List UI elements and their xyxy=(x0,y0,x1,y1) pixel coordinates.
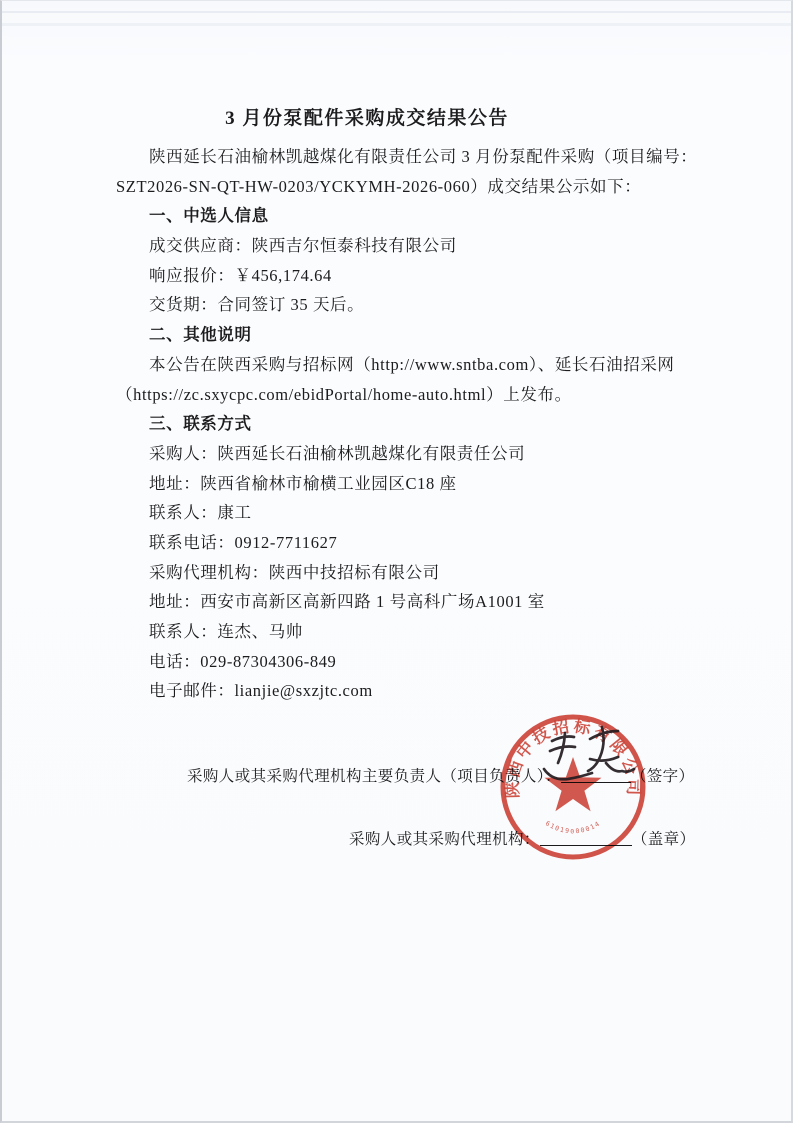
doc-line: SZT2026-SN-QT-HW-0203/YCKYMH-2026-060）成交… xyxy=(116,172,682,202)
doc-line: 地址：西安市高新区高新四路 1 号高科广场A1001 室 xyxy=(116,587,682,617)
scan-streak xyxy=(2,11,791,13)
document-title: 3 月份泵配件采购成交结果公告 xyxy=(2,103,732,130)
doc-line: （https://zc.sxycpc.com/ebidPortal/home-a… xyxy=(116,380,682,410)
doc-line: 采购代理机构：陕西中技招标有限公司 xyxy=(116,558,682,588)
section-heading: 三、联系方式 xyxy=(116,409,682,439)
doc-line: 电子邮件：lianjie@sxzjtc.com xyxy=(116,676,682,706)
doc-line: 联系人：连杰、马帅 xyxy=(116,617,682,647)
doc-line: 采购人：陕西延长石油榆林凯越煤化有限责任公司 xyxy=(116,439,682,469)
doc-line: 陕西延长石油榆林凯越煤化有限责任公司 3 月份泵配件采购（项目编号： xyxy=(116,142,682,172)
scanned-page: 3 月份泵配件采购成交结果公告 陕西延长石油榆林凯越煤化有限责任公司 3 月份泵… xyxy=(0,0,793,1123)
doc-line: 联系电话：0912-7711627 xyxy=(116,528,682,558)
section-heading: 二、其他说明 xyxy=(116,320,682,350)
document-body: 陕西延长石油榆林凯越煤化有限责任公司 3 月份泵配件采购（项目编号： SZT20… xyxy=(116,142,682,706)
section-heading: 一、中选人信息 xyxy=(116,201,682,231)
scan-streak xyxy=(2,23,791,26)
doc-line: 电话：029-87304306-849 xyxy=(116,647,682,677)
handwritten-signature xyxy=(530,719,640,799)
doc-line: 交货期：合同签订 35 天后。 xyxy=(116,290,682,320)
doc-line: 联系人：康工 xyxy=(116,498,682,528)
doc-line: 成交供应商：陕西吉尔恒泰科技有限公司 xyxy=(116,231,682,261)
doc-line: 地址：陕西省榆林市榆横工业园区C18 座 xyxy=(116,469,682,499)
doc-line: 响应报价：￥456,174.64 xyxy=(116,261,682,291)
seal-serial-number: 61019000014 xyxy=(544,819,602,835)
doc-line: 本公告在陕西采购与招标网（http://www.sntba.com）、延长石油招… xyxy=(116,350,682,380)
